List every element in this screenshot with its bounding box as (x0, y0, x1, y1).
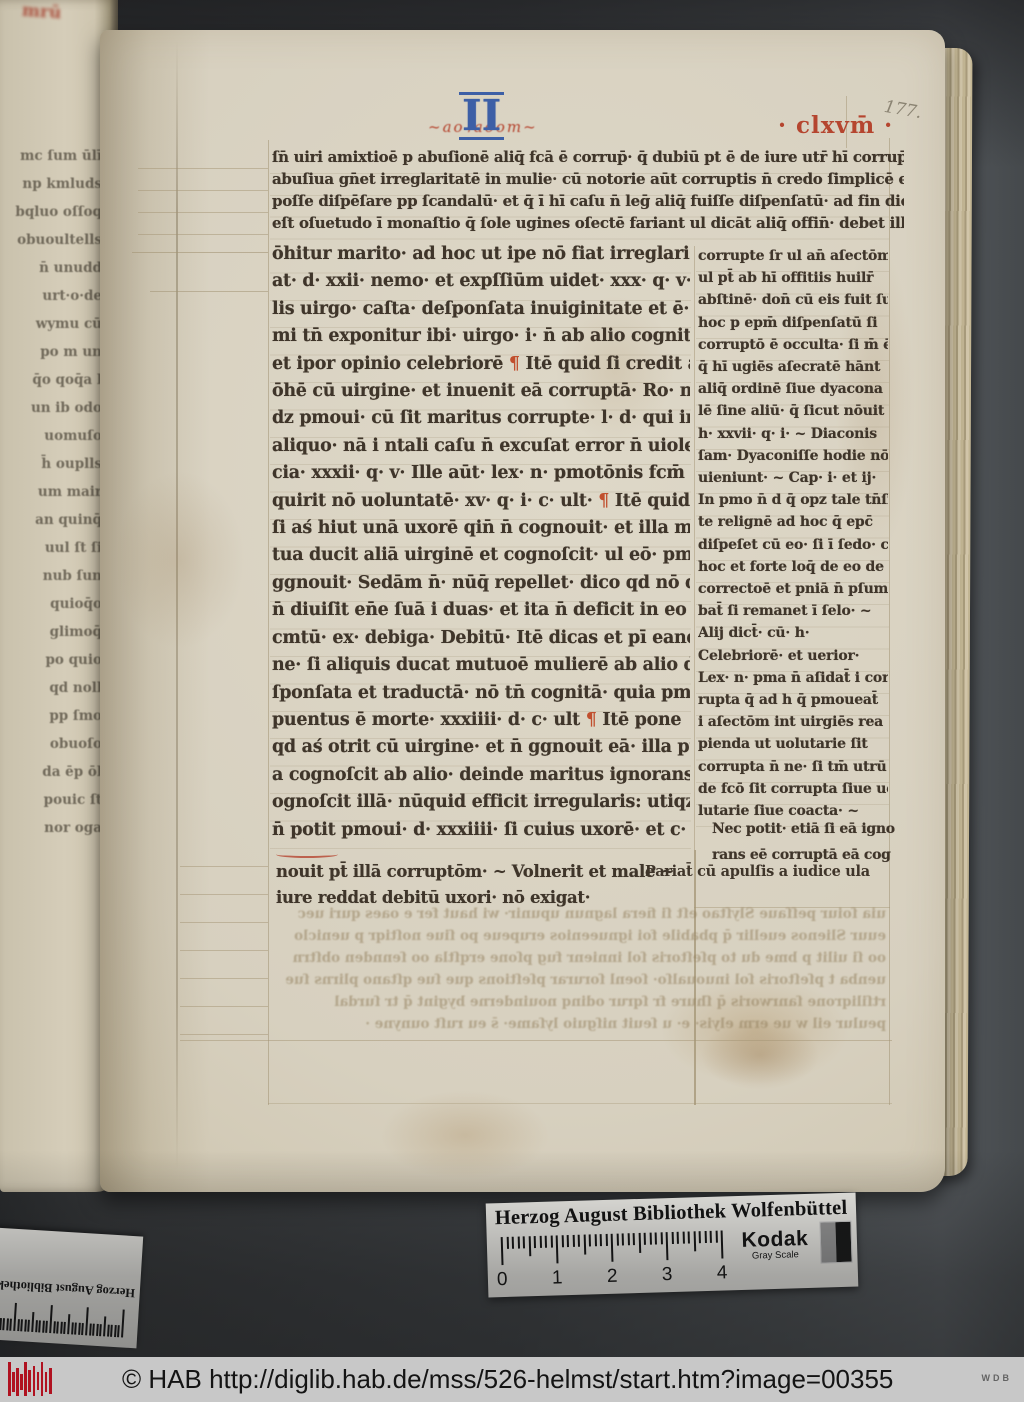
manuscript-line: ſn̄ uiri amixtioē p abuſionē aliq̄ fcā ē… (272, 147, 904, 169)
manuscript-line: et ipor opinio celebriorē ¶ Itē quid ſi … (272, 351, 690, 378)
ink-text: nouit pt̄ illā corruptōm· ~ Volnerit et … (276, 862, 674, 881)
manuscript-line: Alij dict̄· cū· h· (698, 622, 888, 644)
ink-text: ognoſcit illā· nūquid efficit irregulari… (272, 792, 690, 812)
manuscript-line: lē ſine aliū· q̄ ſicut nōuit (698, 400, 888, 422)
manuscript-line: ōhē cū uirgine· et inuenit eā corruptā· … (272, 378, 690, 405)
ruling-stub (180, 950, 268, 951)
ink-text: um mair (38, 484, 102, 500)
manuscript-line: po m un (0, 338, 102, 366)
ruling-stub (180, 922, 268, 923)
manuscript-line: wymu cū (0, 310, 102, 338)
manuscript-line: hoc p epm̄ diſpenſatū ſi (698, 312, 888, 334)
ink-text: aliq̄ ordinē ſiue dyacona (698, 381, 883, 397)
ink-text: peulur eil w ue erm elyis· e· u ſeuit ni… (365, 1016, 886, 1032)
manuscript-line: uieniunt· ~ Cap· i· et ij· (698, 467, 888, 489)
ink-text: correctoē et pniā n̄ pſume (698, 581, 888, 597)
corner-red-ghost-text: mrū (21, 1, 62, 24)
rubric-mark: ¶ (586, 710, 597, 730)
ink-text: Itē pone (597, 710, 682, 730)
manuscript-line: ſi aś hiut unā uxorē qin̄ n̄ cognouit· e… (272, 515, 690, 542)
ink-text: n̄ unudd (39, 260, 102, 276)
ink-text: rans eē corruptā eā cog (712, 847, 891, 863)
manuscript-line: glimoq̄ (0, 618, 102, 646)
manuscript-line: corruptō ē occulta· ſi m̄ ēdo (698, 334, 888, 356)
ink-text: quioq̄o (50, 596, 102, 612)
manuscript-line: ggnouit· Sedām n̄· nūq̄ repellet· dico q… (272, 570, 690, 597)
manuscript-line: rupta q̄ ad h q̄ pmoueat̄ (698, 689, 888, 711)
manuscript-line: nor oga (0, 814, 102, 842)
ink-text: i aſectōm int uirgiēs rea (698, 714, 883, 730)
ink-text: bqluo oſſoq (15, 204, 102, 220)
manuscript-line: urt·o·de (0, 282, 102, 310)
ink-text: eſt oſuetudo ī monaſtio q̄ ſole ugines o… (272, 214, 904, 232)
showthrough-text: uia ſoiur peſſaue Slyſtao eſt ſi fiera l… (286, 903, 886, 1035)
ink-text: ſi aś hiut unā uxorē qin̄ n̄ cognouit· e… (272, 518, 690, 538)
manuscript-right-column: corrupte ſr ul an̄ aſectōmul pt̄ ab hī o… (698, 245, 888, 822)
manuscript-line: po quio (0, 646, 102, 674)
ink-text: uenba t pſeſtoris ſol inuoualſo· ſoenl ſ… (286, 972, 886, 988)
manuscript-line: bat̄ ſi remanet ī ſelo· ~ (698, 600, 888, 622)
ink-text: un ib odo (31, 400, 102, 416)
ink-text: urt·o·de (42, 288, 102, 304)
logo-bar (37, 1372, 40, 1390)
manuscript-line: n̄ diuiſit en̄e ſuā i duas· et ita n̄ de… (272, 597, 690, 624)
ink-text: pp ſmo (49, 708, 102, 724)
manuscript-line: cia· xxxii· q· v· Ille aūt· lex· n· pmot… (272, 460, 690, 487)
manuscript-right-addendum: Nec potit· etiā ſi eā ignorans eē corrup… (712, 816, 897, 868)
logo-bar (20, 1374, 23, 1390)
ruling-vertical-center (694, 246, 695, 850)
ink-text: hoc p epm̄ diſpenſatū ſi (698, 315, 877, 331)
ink-text: ſponſata et traductā· nō tn̄ cognitā· qu… (272, 683, 690, 703)
ink-text: poſſe diſpēſare pp ſcandalū· et q̄ ī hī … (272, 192, 904, 210)
ink-text: cmtū· ex· debiga· Debitū· Itē dicas et p… (272, 628, 690, 648)
ink-text: lē ſine aliū· q̄ ſicut nōuit (698, 403, 884, 419)
ink-text: cia· xxxii· q· v· Ille aūt· lex· n· pmot… (272, 463, 690, 483)
ink-text: wymu cū (36, 316, 102, 332)
manuscript-line: h· xxvii· q· i· ~ Diaconis (698, 423, 888, 445)
ruling-stub (180, 866, 268, 867)
manuscript-line: qd noll (0, 674, 102, 702)
ruling-stub (180, 894, 268, 895)
ink-text: rtſiliqrone ſanrworis q̄ ſhure fr ſqrur … (334, 994, 886, 1010)
rubric-mark: ¶ (509, 354, 520, 374)
manuscript-line: mi tn̄ exponitur ibi· uirgo· i· n̄ ab al… (272, 323, 690, 350)
manuscript-line: te relignē ad hoc q̄ epc̄ (698, 511, 888, 533)
manuscript-line: poſſe diſpēſare pp ſcandalū· et q̄ ī hī … (272, 191, 904, 213)
logo-bar (16, 1368, 19, 1396)
ink-text: h· xxvii· q· i· ~ Diaconis (698, 426, 877, 442)
manuscript-line: uul ſt ſi (0, 534, 102, 562)
manuscript-line: quioq̄o (0, 590, 102, 618)
logo-bar (33, 1366, 36, 1396)
logo-bar (24, 1362, 27, 1396)
ink-text: diſpeſet cū eo· ſi ī ſedo· c· d (698, 537, 888, 553)
manuscript-left-column: ōhitur marito· ad hoc ut ipe nō fiat irr… (272, 241, 690, 844)
running-header-flourish: ~ao⌇aoom~ (428, 118, 588, 136)
ink-text: ōhē cū uirgine· et inuenit eā corruptā· … (272, 381, 690, 401)
ink-text: rupta q̄ ad h q̄ pmoueat̄ (698, 692, 878, 708)
manuscript-line: pp ſmo (0, 702, 102, 730)
ink-text: pouic ſt (44, 792, 102, 808)
ink-text: qd noll (49, 680, 102, 696)
ink-text: tua ducit aliā uirginē et cognoſcit· ul … (272, 545, 690, 565)
manuscript-line: In pmo n̄ d q̄ opz tale tn̄ſi (698, 489, 888, 511)
ruling-stub (180, 1034, 268, 1035)
manuscript-line: mc ſum ūlī (0, 142, 102, 170)
manuscript-line: ōhitur marito· ad hoc ut ipe nō fiat irr… (272, 241, 690, 268)
manuscript-line: q̄o qoq̄a l (0, 366, 102, 394)
ink-text: In pmo n̄ d q̄ opz tale tn̄ſi (698, 492, 888, 508)
manuscript-line: uenba t pſeſtoris ſol inuoualſo· ſoenl ſ… (286, 969, 886, 991)
ink-text: Itē quid (609, 491, 690, 511)
logo-bar (28, 1370, 31, 1392)
ink-text: ſam· Dyaconiſſe hodie nō (698, 448, 888, 464)
manuscript-line: diſpeſet cū eo· ſi ī ſedo· c· d (698, 534, 888, 556)
manuscript-line: oo ſi uilit p bme du to pſeſtoris ſol in… (286, 947, 886, 969)
wdb-watermark: WDB (982, 1373, 1013, 1383)
manuscript-line: hoc et forte loq̄ de eo de cui (698, 556, 888, 578)
ink-text: n̄ diuiſit en̄e ſuā i duas· et ita n̄ de… (272, 600, 690, 620)
ink-text: mc ſum ūlī (20, 148, 102, 164)
logo-bar (8, 1362, 11, 1396)
ink-text: nor oga (44, 820, 102, 836)
manuscript-line: pienda ut uolutarie ſit (698, 733, 888, 755)
ink-text: dz pmoui· cū ſit maritus corrupte· l· d·… (272, 408, 690, 428)
manuscript-line: de fcō ſit corrupta ſiue uo (698, 778, 888, 800)
manuscript-line: abuſiua gn̄et irreglaritatē in mulie· cū… (272, 169, 904, 191)
ink-text: corruptō ē occulta· ſi m̄ ēdo (698, 337, 888, 353)
ink-text: q̄ hī ugiēs aſecratē hānt (698, 359, 880, 375)
manuscript-line: dz pmoui· cū ſit maritus corrupte· l· d·… (272, 405, 690, 432)
ink-text: oo ſi uilit p bme du to pſeſtoris ſol in… (293, 950, 886, 966)
manuscript-line: n̄ unudd (0, 254, 102, 282)
ink-text: te relignē ad hoc q̄ epc̄ (698, 514, 873, 530)
manuscript-line: eſt oſuetudo ī monaſtio q̄ ſole ugines o… (272, 213, 904, 235)
ink-text: obuoultells (17, 232, 102, 248)
ink-text: pienda ut uolutarie ſit (698, 736, 868, 752)
rubric-mark: ¶ (598, 491, 609, 511)
copyright-text: © HAB http://diglib.hab.de/mss/526-helms… (122, 1364, 893, 1395)
manuscript-line: ſam· Dyaconiſſe hodie nō (698, 445, 888, 467)
manuscript-line: h̄ ouplls (0, 450, 102, 478)
ink-text: glimoq̄ (50, 624, 102, 640)
manuscript-line: ſponſata et traductā· nō tn̄ cognitā· qu… (272, 680, 690, 707)
manuscript-line: Celebriorē· et uerior· (698, 645, 888, 667)
manuscript-line: corrupte ſr ul an̄ aſectōm (698, 245, 888, 267)
manuscript-line: pouic ſt (0, 786, 102, 814)
ruling-vertical-right (889, 138, 890, 1105)
ruling-stub (180, 1006, 268, 1007)
ink-text: quirit nō uoluntatē· xv· q· i· c· ult· (272, 491, 598, 511)
ink-text: n̄ potit pmoui· d· xxxiiii· ſi cuius uxo… (272, 820, 686, 840)
ink-text: ſn̄ uiri amixtioē p abuſionē aliq̄ fcā ē… (272, 148, 904, 166)
facing-page-ghost-text: mc ſum ūlīnp kmludsbqluo oſſoqobuoultell… (0, 142, 112, 842)
ink-text: uul ſt ſi (45, 540, 102, 556)
ruling-stub (138, 190, 268, 191)
manuscript-line: ognoſcit illā· nūquid efficit irregulari… (272, 789, 690, 816)
manuscript-line: nouit pt̄ illā corruptōm· ~ Volnerit et … (276, 859, 676, 885)
ink-text: qd aś otrit cū uirgine· et n̄ ggnouit eā… (272, 737, 690, 757)
ink-text: nub ſun (43, 568, 102, 584)
photo-bottom-shadow (0, 1150, 1024, 1360)
ink-text: Alij dict̄· cū· h· (698, 625, 809, 641)
manuscript-line: um mair (0, 478, 102, 506)
ruling-stub (138, 212, 268, 213)
ink-text: ul pt̄ ab hī offitiis huilr̄ (698, 270, 873, 286)
ink-text: h̄ ouplls (41, 456, 102, 472)
manuscript-right-bottom-line: Pariat̄ cū apulſis a iudice ula (645, 862, 905, 882)
ruling-stub (132, 252, 268, 253)
ink-text: Celebriorē· et uerior· (698, 648, 859, 664)
manuscript-line: uia ſoiur peſſaue Slyſtao eſt ſi fiera l… (286, 903, 886, 925)
ruling-stub (138, 168, 268, 169)
manuscript-line: obuoſo (0, 730, 102, 758)
ink-text: Lex· n· pma n̄ aſidat̄ i cor (698, 670, 888, 686)
manuscript-line: Nec potit· etiā ſi eā igno (712, 816, 897, 842)
manuscript-line: rtſiliqrone ſanrworis q̄ ſhure fr ſqrur … (286, 991, 886, 1013)
ink-text: puentus ē morte· xxxiiii· d· c· ult (272, 710, 586, 730)
ink-text: a cognoſcit ab alio· deinde maritus igno… (272, 765, 690, 785)
logo-bar (41, 1362, 44, 1396)
ruling-bottom-line (180, 1040, 892, 1041)
ink-text: uieniunt· ~ Cap· i· et ij· (698, 470, 876, 486)
manuscript-line: un ib odo (0, 394, 102, 422)
ink-text: po m un (40, 344, 102, 360)
manuscript-line: qd aś otrit cū uirgine· et n̄ ggnouit eā… (272, 734, 690, 761)
manuscript-top-block: ſn̄ uiri amixtioē p abuſionē aliq̄ fcā ē… (272, 147, 904, 235)
foliation-number: · clxvm̄ · (778, 112, 893, 139)
manuscript-line: aliquo· nā i ntali caſu n̄ excuſat error… (272, 433, 690, 460)
logo-bar (12, 1372, 15, 1392)
manuscript-line: corrupta n̄ ne· ſi tm̄ utrū (698, 756, 888, 778)
manuscript-line: np kmluds (0, 170, 102, 198)
manuscript-line: q̄ hī ugiēs aſecratē hānt (698, 356, 888, 378)
ink-text: po quio (45, 652, 102, 668)
manuscript-line: uomuſo (0, 422, 102, 450)
ink-text: uia ſoiur peſſaue Slyſtao eſt ſi fiera l… (298, 906, 886, 922)
ink-text: obuoſo (50, 736, 102, 752)
ruling-bottom-line (268, 1103, 892, 1104)
rubric-underline-flourish (276, 851, 338, 858)
ink-text: corrupte ſr ul an̄ aſectōm (698, 248, 888, 264)
ink-text: np kmluds (22, 176, 102, 192)
manuscript-line: n̄ potit pmoui· d· xxxiiii· ſi cuius uxo… (272, 817, 690, 844)
hab-logo-red-bars (8, 1362, 52, 1396)
chapter-numeral-initial: II (459, 92, 504, 140)
manuscript-line: quirit nō uoluntatē· xv· q· i· c· ult· ¶… (272, 488, 690, 515)
ink-text: uomuſo (44, 428, 102, 444)
ink-text: ōhitur marito· ad hoc ut ipe nō fiat irr… (272, 244, 690, 264)
ink-text: da ēp ōl (42, 764, 102, 780)
ruling-stub (180, 978, 268, 979)
manuscript-line: nub ſun (0, 562, 102, 590)
ink-text: abſtinē· don̄ cū eis fuit ſup (698, 292, 888, 308)
manuscript-line: correctoē et pniā n̄ pſume (698, 578, 888, 600)
ink-text: corrupta n̄ ne· ſi tm̄ utrū (698, 759, 886, 775)
ink-text: lis uirgo· caſta· deſponſata inuiginitat… (272, 299, 690, 319)
manuscript-line: peulur eil w ue erm elyis· e· u ſeuit ni… (286, 1013, 886, 1035)
manuscript-line: aliq̄ ordinē ſiue dyacona (698, 378, 888, 400)
manuscript-line: ul pt̄ ab hī offitiis huilr̄ (698, 267, 888, 289)
ink-text: q̄o qoq̄a l (32, 372, 102, 388)
manuscript-line: a cognoſcit ab alio· deinde maritus igno… (272, 762, 690, 789)
ink-text: et ipor opinio celebriorē (272, 354, 509, 374)
ink-text: bat̄ ſi remanet ī ſelo· ~ (698, 603, 871, 619)
ink-text: an quinq̄ (35, 512, 102, 528)
manuscript-line: puentus ē morte· xxxiiii· d· c· ult ¶ It… (272, 707, 690, 734)
manuscript-line: Lex· n· pma n̄ aſidat̄ i cor (698, 667, 888, 689)
manuscript-line: da ēp ōl (0, 758, 102, 786)
logo-bar (49, 1368, 52, 1394)
digitized-manuscript-photo: mrū mc ſum ūlīnp kmludsbqluo oſſoqobuoul… (0, 0, 1024, 1402)
manuscript-line: i aſectōm int uirgiēs rea (698, 711, 888, 733)
manuscript-line: abſtinē· don̄ cū eis fuit ſup (698, 289, 888, 311)
ruling-vertical-left (268, 140, 269, 1105)
manuscript-line: cmtū· ex· debiga· Debitū· Itē dicas et p… (272, 625, 690, 652)
manuscript-line: obuoultells (0, 226, 102, 254)
ink-text: mi tn̄ exponitur ibi· uirgo· i· n̄ ab al… (272, 326, 690, 346)
ink-text: abuſiua gn̄et irreglaritatē in mulie· cū… (272, 170, 904, 188)
manuscript-line: euur Slienos euellir q̄ pbabile foi ignu… (286, 925, 886, 947)
ink-text: aliquo· nā i ntali caſu n̄ excuſat error… (272, 436, 690, 456)
manuscript-line: lis uirgo· caſta· deſponſata inuiginitat… (272, 296, 690, 323)
ink-text: at· d· xxii· nemo· et expſſiūm uidet· xx… (272, 271, 690, 291)
ink-text: euur Slienos euellir q̄ pbabile foi ignu… (294, 928, 886, 944)
manuscript-line: tua ducit aliā uirginē et cognoſcit· ul … (272, 542, 690, 569)
manuscript-line: bqluo oſſoq (0, 198, 102, 226)
ink-text: Nec potit· etiā ſi eā igno (712, 821, 895, 837)
ink-text: ggnouit· Sedām n̄· nūq̄ repellet· dico q… (272, 573, 690, 593)
footer-bar: © HAB http://diglib.hab.de/mss/526-helms… (0, 1357, 1024, 1402)
manuscript-line: an quinq̄ (0, 506, 102, 534)
ink-text: Itē quid ſi credit as (520, 354, 690, 374)
ruling-stub (150, 291, 268, 292)
logo-bar (45, 1372, 48, 1392)
stain (115, 470, 245, 650)
manuscript-line: at· d· xxii· nemo· et expſſiūm uidet· xx… (272, 268, 690, 295)
ruling-stub (138, 234, 268, 235)
ink-text: de fcō ſit corrupta ſiue uo (698, 781, 888, 797)
manuscript-line: ne· ſi aliquis ducat mutuoē mulierē ab a… (272, 652, 690, 679)
ink-text: hoc et forte loq̄ de eo de cui (698, 559, 888, 575)
ink-text: ne· ſi aliquis ducat mutuoē mulierē ab a… (272, 655, 690, 675)
